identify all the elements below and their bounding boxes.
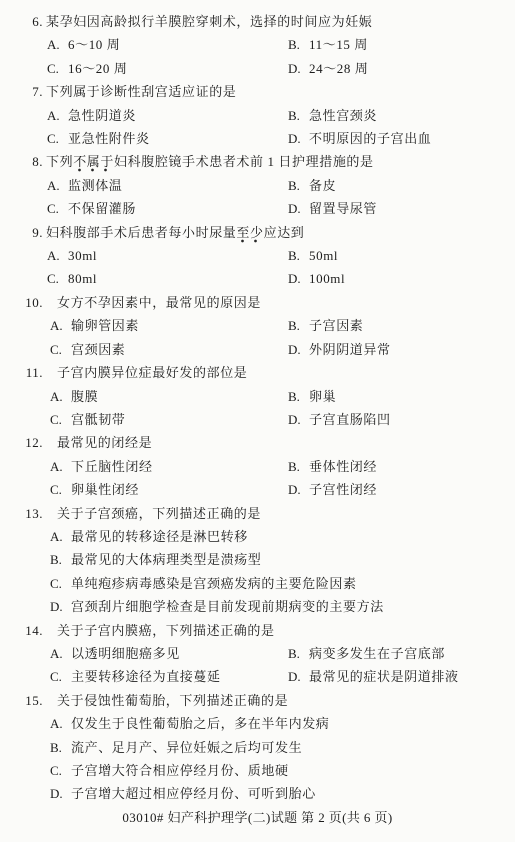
option-d: D.100ml: [288, 267, 515, 290]
stem-text: 应达到: [264, 225, 305, 240]
option-text: 子宫增大符合相应停经月份、质地硬: [71, 763, 289, 778]
option-label: A.: [47, 174, 68, 197]
option-label: B.: [50, 736, 71, 759]
option-d: D.不明原因的子宫出血: [288, 127, 515, 150]
options-row: C.单纯疱疹病毒感染是宫颈癌发病的主要危险因素: [0, 572, 515, 595]
option-b: B.病变多发生在子宫底部: [288, 642, 515, 665]
option-text: 50ml: [309, 248, 338, 263]
options-row: A.急性阴道炎 B.急性宫颈炎: [0, 104, 515, 127]
question-stem: 下列属于诊断性刮宫适应证的是: [46, 84, 236, 99]
question-stem-row: 15. 关于侵蚀性葡萄胎，下列描述正确的是: [0, 689, 515, 712]
option-b: B.急性宫颈炎: [288, 104, 515, 127]
option-text: 仅发生于良性葡萄胎之后，多在半年内发病: [71, 716, 329, 731]
option-a: A.腹膜: [50, 385, 288, 408]
question-stem: 最常见的闭经是: [57, 435, 152, 450]
question-stem-row: 14. 关于子宫内膜癌，下列描述正确的是: [0, 619, 515, 642]
option-a: A.以透明细胞癌多见: [50, 642, 288, 665]
option-label: D.: [288, 197, 309, 220]
option-text: 子宫因素: [309, 318, 363, 333]
option-label: A.: [50, 385, 71, 408]
option-c: C.80ml: [47, 267, 288, 290]
options-row: D.子宫增大超过相应停经月份、可听到胎心: [0, 782, 515, 805]
option-label: C.: [50, 665, 71, 688]
question-stem: 妇科腹部手术后患者每小时尿量至少应达到: [46, 225, 304, 243]
option-text: 流产、足月产、异位妊娠之后均可发生: [71, 740, 302, 755]
question-number: 11.: [0, 361, 43, 384]
option-label: C.: [50, 408, 71, 431]
question-11: 11. 子宫内膜异位症最好发的部位是 A.腹膜 B.卵巢 C.宫骶韧带 D.子宫…: [0, 361, 515, 431]
option-c: C.亚急性附件炎: [47, 127, 288, 150]
question-stem-row: 13. 关于子宫颈癌，下列描述正确的是: [0, 502, 515, 525]
question-14: 14. 关于子宫内膜癌，下列描述正确的是 A.以透明细胞癌多见 B.病变多发生在…: [0, 619, 515, 689]
option-b: B.50ml: [288, 244, 515, 267]
option-label: C.: [47, 57, 68, 80]
option-a: A.输卵管因素: [50, 314, 288, 337]
option-label: D.: [288, 478, 309, 501]
exam-page: 6. 某孕妇因高龄拟行羊膜腔穿刺术，选择的时间应为妊娠 A.6～10 周 B.1…: [0, 0, 515, 829]
options-row: A.6～10 周 B.11～15 周: [0, 33, 515, 56]
option-label: A.: [47, 33, 68, 56]
option-b: B.垂体性闭经: [288, 455, 515, 478]
option-text: 以透明细胞癌多见: [71, 646, 180, 661]
option-label: D.: [50, 595, 71, 618]
option-text: 宫颈刮片细胞学检查是目前发现前期病变的主要方法: [71, 599, 384, 614]
option-b: B.卵巢: [288, 385, 515, 408]
option-c: C.子宫增大符合相应停经月份、质地硬: [50, 759, 289, 782]
options-row: A.以透明细胞癌多见 B.病变多发生在子宫底部: [0, 642, 515, 665]
option-label: A.: [47, 244, 68, 267]
options-row: C.主要转移途径为直接蔓延 D.最常见的症状是阴道排液: [0, 665, 515, 688]
option-label: C.: [47, 127, 68, 150]
question-13: 13. 关于子宫颈癌，下列描述正确的是 A.最常见的转移途径是淋巴转移 B.最常…: [0, 502, 515, 619]
option-d: D.宫颈刮片细胞学检查是目前发现前期病变的主要方法: [50, 595, 384, 618]
option-a: A.仅发生于良性葡萄胎之后，多在半年内发病: [50, 712, 329, 735]
option-text: 子宫直肠陷凹: [309, 412, 391, 427]
option-c: C.单纯疱疹病毒感染是宫颈癌发病的主要危险因素: [50, 572, 357, 595]
question-number: 8.: [0, 150, 43, 173]
option-label: C.: [50, 759, 71, 782]
question-stem-row: 12. 最常见的闭经是: [0, 431, 515, 454]
option-text: 不明原因的子宫出血: [309, 131, 431, 146]
option-b: B.流产、足月产、异位妊娠之后均可发生: [50, 736, 302, 759]
option-label: A.: [50, 314, 71, 337]
question-10: 10. 女方不孕因素中，最常见的原因是 A.输卵管因素 B.子宫因素 C.宫颈因…: [0, 291, 515, 361]
option-d: D.最常见的症状是阴道排液: [288, 665, 515, 688]
options-row: C.子宫增大符合相应停经月份、质地硬: [0, 759, 515, 782]
question-stem: 关于子宫内膜癌，下列描述正确的是: [57, 623, 275, 638]
option-label: A.: [50, 712, 71, 735]
stem-text: 妇科腹部手术后患者每小时尿量: [46, 225, 236, 240]
question-stem-row: 8. 下列不属于妇科腹腔镜手术患者术前 1 日护理措施的是: [0, 150, 515, 173]
option-text: 急性阴道炎: [68, 108, 136, 123]
option-a: A.30ml: [47, 244, 288, 267]
options-row: A.监测体温 B.备皮: [0, 174, 515, 197]
question-number: 13.: [0, 502, 43, 525]
option-c: C.宫骶韧带: [50, 408, 288, 431]
options-row: A.腹膜 B.卵巢: [0, 385, 515, 408]
option-a: A.急性阴道炎: [47, 104, 288, 127]
option-d: D.子宫增大超过相应停经月份、可听到胎心: [50, 782, 316, 805]
option-text: 下丘脑性闭经: [71, 459, 153, 474]
option-text: 监测体温: [68, 178, 122, 193]
option-b: B.备皮: [288, 174, 515, 197]
stem-text: 下列: [46, 154, 73, 169]
option-text: 外阴阴道异常: [309, 342, 391, 357]
options-row: C.宫颈因素 D.外阴阴道异常: [0, 338, 515, 361]
options-row: A.仅发生于良性葡萄胎之后，多在半年内发病: [0, 712, 515, 735]
option-text: 病变多发生在子宫底部: [309, 646, 445, 661]
question-12: 12. 最常见的闭经是 A.下丘脑性闭经 B.垂体性闭经 C.卵巢性闭经 D.子…: [0, 431, 515, 501]
option-text: 主要转移途径为直接蔓延: [71, 669, 221, 684]
options-row: C.亚急性附件炎 D.不明原因的子宫出血: [0, 127, 515, 150]
question-number: 10.: [0, 291, 43, 314]
option-text: 急性宫颈炎: [309, 108, 377, 123]
question-15: 15. 关于侵蚀性葡萄胎，下列描述正确的是 A.仅发生于良性葡萄胎之后，多在半年…: [0, 689, 515, 806]
question-stem-row: 7. 下列属于诊断性刮宫适应证的是: [0, 80, 515, 103]
option-label: C.: [50, 338, 71, 361]
option-text: 卵巢性闭经: [71, 482, 139, 497]
option-text: 最常见的转移途径是淋巴转移: [71, 529, 248, 544]
question-stem-row: 6. 某孕妇因高龄拟行羊膜腔穿刺术，选择的时间应为妊娠: [0, 10, 515, 33]
option-c: C.16～20 周: [47, 57, 288, 80]
option-label: C.: [47, 197, 68, 220]
question-stem: 关于侵蚀性葡萄胎，下列描述正确的是: [57, 693, 288, 708]
option-text: 腹膜: [71, 389, 98, 404]
question-stem: 某孕妇因高龄拟行羊膜腔穿刺术，选择的时间应为妊娠: [46, 14, 372, 29]
option-label: B.: [288, 33, 309, 56]
option-label: D.: [288, 338, 309, 361]
option-text: 11～15 周: [309, 37, 368, 52]
options-row: C.不保留灌肠 D.留置导尿管: [0, 197, 515, 220]
question-stem: 下列不属于妇科腹腔镜手术患者术前 1 日护理措施的是: [46, 154, 374, 172]
question-number: 9.: [0, 221, 43, 244]
option-label: A.: [50, 455, 71, 478]
option-text: 100ml: [309, 271, 345, 286]
option-label: D.: [50, 782, 71, 805]
question-6: 6. 某孕妇因高龄拟行羊膜腔穿刺术，选择的时间应为妊娠 A.6～10 周 B.1…: [0, 10, 515, 80]
option-text: 16～20 周: [68, 61, 127, 76]
options-row: A.下丘脑性闭经 B.垂体性闭经: [0, 455, 515, 478]
option-text: 单纯疱疹病毒感染是宫颈癌发病的主要危险因素: [71, 576, 357, 591]
option-label: D.: [288, 127, 309, 150]
question-stem-row: 9. 妇科腹部手术后患者每小时尿量至少应达到: [0, 221, 515, 244]
option-text: 30ml: [68, 248, 97, 263]
stem-text: 妇科腹腔镜手术患者术前 1 日护理措施的是: [114, 154, 374, 169]
option-label: B.: [288, 385, 309, 408]
option-b: B.子宫因素: [288, 314, 515, 337]
option-text: 子宫性闭经: [309, 482, 377, 497]
options-row: D.宫颈刮片细胞学检查是目前发现前期病变的主要方法: [0, 595, 515, 618]
option-label: A.: [50, 642, 71, 665]
question-7: 7. 下列属于诊断性刮宫适应证的是 A.急性阴道炎 B.急性宫颈炎 C.亚急性附…: [0, 80, 515, 150]
option-text: 宫骶韧带: [71, 412, 125, 427]
question-8: 8. 下列不属于妇科腹腔镜手术患者术前 1 日护理措施的是 A.监测体温 B.备…: [0, 150, 515, 220]
question-stem: 女方不孕因素中，最常见的原因是: [57, 295, 261, 310]
question-number: 12.: [0, 431, 43, 454]
option-b: B.最常见的大体病理类型是溃疡型: [50, 548, 261, 571]
page-footer: 03010# 妇产科护理学(二)试题 第 2 页(共 6 页): [0, 806, 515, 829]
question-number: 14.: [0, 619, 43, 642]
options-row: C.80ml D.100ml: [0, 267, 515, 290]
option-text: 输卵管因素: [71, 318, 139, 333]
options-row: A.输卵管因素 B.子宫因素: [0, 314, 515, 337]
option-text: 80ml: [68, 271, 97, 286]
option-d: D.子宫直肠陷凹: [288, 408, 515, 431]
option-label: D.: [288, 408, 309, 431]
option-a: A.下丘脑性闭经: [50, 455, 288, 478]
stem-emphasized-text: 至少: [236, 225, 263, 243]
question-number: 7.: [0, 80, 43, 103]
option-text: 备皮: [309, 178, 336, 193]
option-text: 子宫增大超过相应停经月份、可听到胎心: [71, 786, 316, 801]
option-c: C.卵巢性闭经: [50, 478, 288, 501]
option-text: 最常见的大体病理类型是溃疡型: [71, 552, 261, 567]
option-c: C.不保留灌肠: [47, 197, 288, 220]
option-d: D.外阴阴道异常: [288, 338, 515, 361]
options-row: B.最常见的大体病理类型是溃疡型: [0, 548, 515, 571]
option-label: D.: [288, 57, 309, 80]
option-a: A.最常见的转移途径是淋巴转移: [50, 525, 248, 548]
question-stem-row: 10. 女方不孕因素中，最常见的原因是: [0, 291, 515, 314]
option-a: A.监测体温: [47, 174, 288, 197]
option-text: 24～28 周: [309, 61, 368, 76]
question-number: 6.: [0, 10, 43, 33]
question-9: 9. 妇科腹部手术后患者每小时尿量至少应达到 A.30ml B.50ml C.8…: [0, 221, 515, 291]
options-row: B.流产、足月产、异位妊娠之后均可发生: [0, 736, 515, 759]
option-text: 宫颈因素: [71, 342, 125, 357]
option-d: D.子宫性闭经: [288, 478, 515, 501]
option-label: B.: [50, 548, 71, 571]
option-text: 不保留灌肠: [68, 201, 136, 216]
question-number: 15.: [0, 689, 43, 712]
options-row: C.宫骶韧带 D.子宫直肠陷凹: [0, 408, 515, 431]
option-label: A.: [50, 525, 71, 548]
question-stem: 关于子宫颈癌，下列描述正确的是: [57, 506, 261, 521]
options-row: C.卵巢性闭经 D.子宫性闭经: [0, 478, 515, 501]
option-label: B.: [288, 642, 309, 665]
option-text: 留置导尿管: [309, 201, 377, 216]
option-text: 最常见的症状是阴道排液: [309, 669, 459, 684]
option-text: 垂体性闭经: [309, 459, 377, 474]
options-row: A.30ml B.50ml: [0, 244, 515, 267]
option-label: C.: [50, 478, 71, 501]
option-label: D.: [288, 267, 309, 290]
option-label: C.: [50, 572, 71, 595]
option-label: B.: [288, 314, 309, 337]
option-label: B.: [288, 104, 309, 127]
option-label: C.: [47, 267, 68, 290]
option-text: 卵巢: [309, 389, 336, 404]
option-label: D.: [288, 665, 309, 688]
question-stem-row: 11. 子宫内膜异位症最好发的部位是: [0, 361, 515, 384]
option-label: B.: [288, 174, 309, 197]
option-c: C.主要转移途径为直接蔓延: [50, 665, 288, 688]
option-c: C.宫颈因素: [50, 338, 288, 361]
option-b: B.11～15 周: [288, 33, 515, 56]
option-label: B.: [288, 455, 309, 478]
option-a: A.6～10 周: [47, 33, 288, 56]
option-label: B.: [288, 244, 309, 267]
stem-emphasized-text: 不属于: [73, 154, 114, 172]
options-row: A.最常见的转移途径是淋巴转移: [0, 525, 515, 548]
option-label: A.: [47, 104, 68, 127]
option-d: D.24～28 周: [288, 57, 515, 80]
option-d: D.留置导尿管: [288, 197, 515, 220]
question-stem: 子宫内膜异位症最好发的部位是: [57, 365, 247, 380]
option-text: 6～10 周: [68, 37, 120, 52]
option-text: 亚急性附件炎: [68, 131, 150, 146]
options-row: C.16～20 周 D.24～28 周: [0, 57, 515, 80]
